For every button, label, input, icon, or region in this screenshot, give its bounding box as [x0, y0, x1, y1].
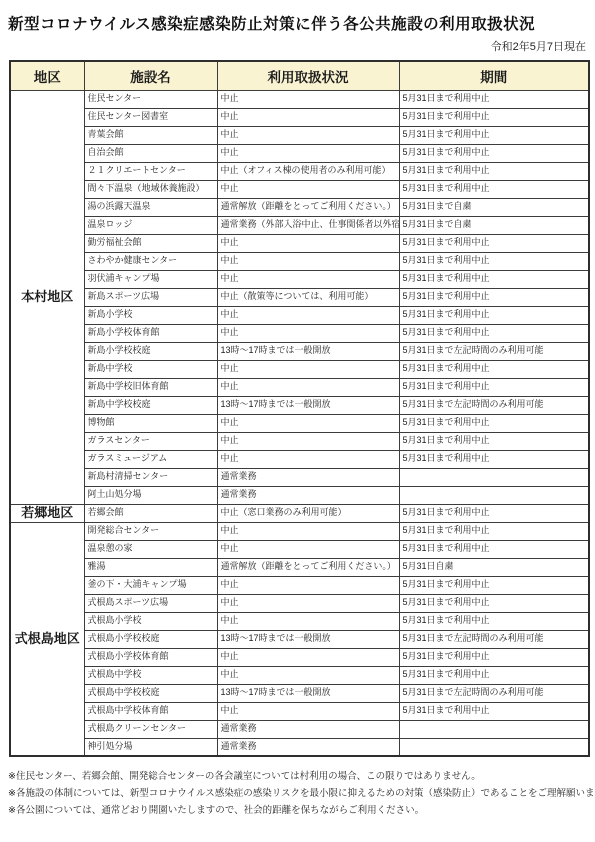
table-row: 羽伏浦キャンプ場中止5月31日まで利用中止 [10, 270, 589, 288]
facility-name-cell: 新島小学校校庭 [84, 342, 217, 360]
period-cell: 5月31日まで利用中止 [399, 126, 589, 144]
status-cell: 中止 [217, 270, 399, 288]
table-row: 湯の浜露天温泉通常解放（距離をとってご利用ください。）5月31日まで自粛 [10, 198, 589, 216]
table-row: 住民センター図書室中止5月31日まで利用中止 [10, 108, 589, 126]
status-cell: 13時～17時までは一般開放 [217, 684, 399, 702]
column-header-facility: 施設名 [84, 61, 217, 90]
facility-name-cell: 雅湯 [84, 558, 217, 576]
status-cell: 中止 [217, 324, 399, 342]
facility-name-cell: ガラスミュージアム [84, 450, 217, 468]
table-row: 神引処分場通常業務 [10, 738, 589, 756]
facility-name-cell: ガラスセンター [84, 432, 217, 450]
facility-name-cell: 新島中学校旧体育館 [84, 378, 217, 396]
table-body: 本村地区住民センター中止5月31日まで利用中止住民センター図書室中止5月31日ま… [10, 90, 589, 756]
table-row: 釜の下・大浦キャンプ場中止5月31日まで利用中止 [10, 576, 589, 594]
status-cell: 中止 [217, 108, 399, 126]
period-cell: 5月31日まで利用中止 [399, 252, 589, 270]
status-cell: 通常業務（外部入浴中止、仕事関係者以外宿泊自粛） [217, 216, 399, 234]
facility-name-cell: 新島中学校 [84, 360, 217, 378]
period-cell: 5月31日まで利用中止 [399, 180, 589, 198]
table-row: 温泉ロッジ通常業務（外部入浴中止、仕事関係者以外宿泊自粛）5月31日まで自粛 [10, 216, 589, 234]
table-row: 新島小学校体育館中止5月31日まで利用中止 [10, 324, 589, 342]
footnotes: ※住民センター、若郷会館、開発総合センターの各会議室については村利用の場合、この… [8, 768, 592, 819]
period-cell: 5月31日まで利用中止 [399, 360, 589, 378]
period-cell: 5月31日まで利用中止 [399, 666, 589, 684]
district-cell: 若郷地区 [10, 504, 84, 522]
facility-name-cell: 神引処分場 [84, 738, 217, 756]
status-cell: 中止 [217, 594, 399, 612]
period-cell: 5月31日まで利用中止 [399, 90, 589, 108]
table-row: 式根島小学校校庭13時～17時までは一般開放5月31日まで左記時間のみ利用可能 [10, 630, 589, 648]
period-cell: 5月31日まで利用中止 [399, 144, 589, 162]
facility-name-cell: 若郷会館 [84, 504, 217, 522]
table-row: 新島スポーツ広場中止（散策等については、利用可能）5月31日まで利用中止 [10, 288, 589, 306]
period-cell [399, 486, 589, 504]
table-row: 式根島クリーンセンター通常業務 [10, 720, 589, 738]
period-cell: 5月31日まで利用中止 [399, 288, 589, 306]
status-cell: 中止（オフィス棟の使用者のみ利用可能） [217, 162, 399, 180]
status-cell: 中止 [217, 414, 399, 432]
facility-name-cell: 温泉憩の家 [84, 540, 217, 558]
period-cell [399, 720, 589, 738]
table-row: 式根島中学校中止5月31日まで利用中止 [10, 666, 589, 684]
facility-name-cell: 間々下温泉（地域休養施設） [84, 180, 217, 198]
facility-name-cell: 新島小学校 [84, 306, 217, 324]
status-cell: 通常業務 [217, 738, 399, 756]
table-row: 新島小学校校庭13時～17時までは一般開放5月31日まで左記時間のみ利用可能 [10, 342, 589, 360]
period-cell: 5月31日まで利用中止 [399, 162, 589, 180]
table-row: 雅湯通常解放（距離をとってご利用ください。）5月31日自粛 [10, 558, 589, 576]
period-cell: 5月31日まで利用中止 [399, 504, 589, 522]
table-row: 青葉会館中止5月31日まで利用中止 [10, 126, 589, 144]
status-cell: 中止 [217, 522, 399, 540]
status-cell: 中止 [217, 450, 399, 468]
status-cell: 中止 [217, 612, 399, 630]
facility-name-cell: 新島中学校校庭 [84, 396, 217, 414]
status-cell: 中止 [217, 90, 399, 108]
status-cell: 13時～17時までは一般開放 [217, 396, 399, 414]
status-cell: 中止（窓口業務のみ利用可能） [217, 504, 399, 522]
period-cell: 5月31日まで利用中止 [399, 540, 589, 558]
period-cell: 5月31日まで利用中止 [399, 234, 589, 252]
table-row: 新島村清掃センター通常業務 [10, 468, 589, 486]
status-cell: 13時～17時までは一般開放 [217, 630, 399, 648]
status-cell: 中止 [217, 360, 399, 378]
facility-name-cell: 式根島クリーンセンター [84, 720, 217, 738]
facility-name-cell: 式根島小学校校庭 [84, 630, 217, 648]
table-row: 新島小学校中止5月31日まで利用中止 [10, 306, 589, 324]
facility-name-cell: 式根島中学校 [84, 666, 217, 684]
district-cell: 本村地区 [10, 90, 84, 504]
table-row: 式根島中学校体育館中止5月31日まで利用中止 [10, 702, 589, 720]
facility-name-cell: 住民センター [84, 90, 217, 108]
facility-name-cell: 羽伏浦キャンプ場 [84, 270, 217, 288]
table-row: 新島中学校校庭13時～17時までは一般開放5月31日まで左記時間のみ利用可能 [10, 396, 589, 414]
facility-name-cell: 式根島小学校 [84, 612, 217, 630]
table-row: 式根島地区開発総合センター中止5月31日まで利用中止 [10, 522, 589, 540]
table-row: 式根島小学校体育館中止5月31日まで利用中止 [10, 648, 589, 666]
table-row: 勤労福祉会館中止5月31日まで利用中止 [10, 234, 589, 252]
district-cell: 式根島地区 [10, 522, 84, 756]
period-cell: 5月31日まで利用中止 [399, 378, 589, 396]
period-cell: 5月31日まで利用中止 [399, 576, 589, 594]
facility-name-cell: 新島小学校体育館 [84, 324, 217, 342]
table-row: ２１クリエートセンター中止（オフィス棟の使用者のみ利用可能）5月31日まで利用中… [10, 162, 589, 180]
document-date: 令和2年5月7日現在 [491, 38, 586, 54]
period-cell: 5月31日まで利用中止 [399, 306, 589, 324]
status-cell: 中止 [217, 540, 399, 558]
table-row: 若郷地区若郷会館中止（窓口業務のみ利用可能）5月31日まで利用中止 [10, 504, 589, 522]
period-cell: 5月31日まで利用中止 [399, 648, 589, 666]
footnote: ※住民センター、若郷会館、開発総合センターの各会議室については村利用の場合、この… [8, 768, 592, 785]
table-row: 式根島小学校中止5月31日まで利用中止 [10, 612, 589, 630]
table-row: 自治会館中止5月31日まで利用中止 [10, 144, 589, 162]
period-cell: 5月31日まで自粛 [399, 216, 589, 234]
table-row: 式根島中学校校庭13時～17時までは一般開放5月31日まで左記時間のみ利用可能 [10, 684, 589, 702]
period-cell: 5月31日まで左記時間のみ利用可能 [399, 684, 589, 702]
status-cell: 中止 [217, 126, 399, 144]
column-header-district: 地区 [10, 61, 84, 90]
table-row: さわやか健康センター中止5月31日まで利用中止 [10, 252, 589, 270]
table-row: 間々下温泉（地域休養施設）中止5月31日まで利用中止 [10, 180, 589, 198]
status-cell: 中止 [217, 648, 399, 666]
status-cell: 通常業務 [217, 468, 399, 486]
facility-status-table: 地区 施設名 利用取扱状況 期間 本村地区住民センター中止5月31日まで利用中止… [9, 60, 590, 757]
table-row: 新島中学校中止5月31日まで利用中止 [10, 360, 589, 378]
period-cell: 5月31日まで利用中止 [399, 702, 589, 720]
footnote: ※各公園については、通常どおり開園いたしますので、社会的距離を保ちながらご利用く… [8, 802, 592, 819]
table-row: 阿土山処分場通常業務 [10, 486, 589, 504]
table-row: 本村地区住民センター中止5月31日まで利用中止 [10, 90, 589, 108]
period-cell: 5月31日まで利用中止 [399, 414, 589, 432]
status-cell: 中止 [217, 378, 399, 396]
status-cell: 中止（散策等については、利用可能） [217, 288, 399, 306]
status-cell: 中止 [217, 234, 399, 252]
status-cell: 通常解放（距離をとってご利用ください。） [217, 198, 399, 216]
period-cell: 5月31日まで左記時間のみ利用可能 [399, 630, 589, 648]
facility-name-cell: 新島村清掃センター [84, 468, 217, 486]
period-cell: 5月31日まで利用中止 [399, 522, 589, 540]
facility-name-cell: 開発総合センター [84, 522, 217, 540]
facility-name-cell: 住民センター図書室 [84, 108, 217, 126]
status-cell: 通常解放（距離をとってご利用ください。） [217, 558, 399, 576]
table-row: 新島中学校旧体育館中止5月31日まで利用中止 [10, 378, 589, 396]
table-row: 博物館中止5月31日まで利用中止 [10, 414, 589, 432]
facility-name-cell: 湯の浜露天温泉 [84, 198, 217, 216]
facility-name-cell: 式根島中学校体育館 [84, 702, 217, 720]
status-cell: 中止 [217, 666, 399, 684]
facility-name-cell: 阿土山処分場 [84, 486, 217, 504]
facility-name-cell: 勤労福祉会館 [84, 234, 217, 252]
document-page: 新型コロナウイルス感染症感染防止対策に伴う各公共施設の利用取扱状況 令和2年5月… [0, 0, 595, 842]
facility-name-cell: 青葉会館 [84, 126, 217, 144]
period-cell: 5月31日まで利用中止 [399, 612, 589, 630]
table-row: 温泉憩の家中止5月31日まで利用中止 [10, 540, 589, 558]
table-header-row: 地区 施設名 利用取扱状況 期間 [10, 61, 589, 90]
period-cell: 5月31日まで自粛 [399, 198, 589, 216]
status-cell: 中止 [217, 702, 399, 720]
table-row: 式根島スポーツ広場中止5月31日まで利用中止 [10, 594, 589, 612]
period-cell: 5月31日自粛 [399, 558, 589, 576]
column-header-period: 期間 [399, 61, 589, 90]
period-cell: 5月31日まで利用中止 [399, 594, 589, 612]
status-cell: 中止 [217, 252, 399, 270]
facility-name-cell: 博物館 [84, 414, 217, 432]
status-cell: 中止 [217, 306, 399, 324]
period-cell: 5月31日まで利用中止 [399, 450, 589, 468]
facility-name-cell: 自治会館 [84, 144, 217, 162]
table-row: ガラスセンター中止5月31日まで利用中止 [10, 432, 589, 450]
footnote: ※各施設の体制については、新型コロナウイルス感染症の感染リスクを最小限に抑えるた… [8, 785, 592, 802]
table-row: ガラスミュージアム中止5月31日まで利用中止 [10, 450, 589, 468]
facility-name-cell: 式根島スポーツ広場 [84, 594, 217, 612]
facility-name-cell: ２１クリエートセンター [84, 162, 217, 180]
facility-name-cell: 式根島中学校校庭 [84, 684, 217, 702]
period-cell [399, 738, 589, 756]
period-cell: 5月31日まで左記時間のみ利用可能 [399, 396, 589, 414]
status-cell: 中止 [217, 180, 399, 198]
page-title: 新型コロナウイルス感染症感染防止対策に伴う各公共施設の利用取扱状況 [8, 12, 588, 34]
period-cell: 5月31日まで利用中止 [399, 432, 589, 450]
facility-name-cell: 新島スポーツ広場 [84, 288, 217, 306]
period-cell: 5月31日まで利用中止 [399, 270, 589, 288]
facility-name-cell: 式根島小学校体育館 [84, 648, 217, 666]
period-cell: 5月31日まで利用中止 [399, 108, 589, 126]
facility-name-cell: 釜の下・大浦キャンプ場 [84, 576, 217, 594]
period-cell [399, 468, 589, 486]
column-header-status: 利用取扱状況 [217, 61, 399, 90]
status-cell: 13時～17時までは一般開放 [217, 342, 399, 360]
status-cell: 中止 [217, 432, 399, 450]
facility-name-cell: 温泉ロッジ [84, 216, 217, 234]
facility-name-cell: さわやか健康センター [84, 252, 217, 270]
status-cell: 通常業務 [217, 720, 399, 738]
status-cell: 中止 [217, 144, 399, 162]
status-cell: 中止 [217, 576, 399, 594]
period-cell: 5月31日まで利用中止 [399, 324, 589, 342]
period-cell: 5月31日まで左記時間のみ利用可能 [399, 342, 589, 360]
status-cell: 通常業務 [217, 486, 399, 504]
